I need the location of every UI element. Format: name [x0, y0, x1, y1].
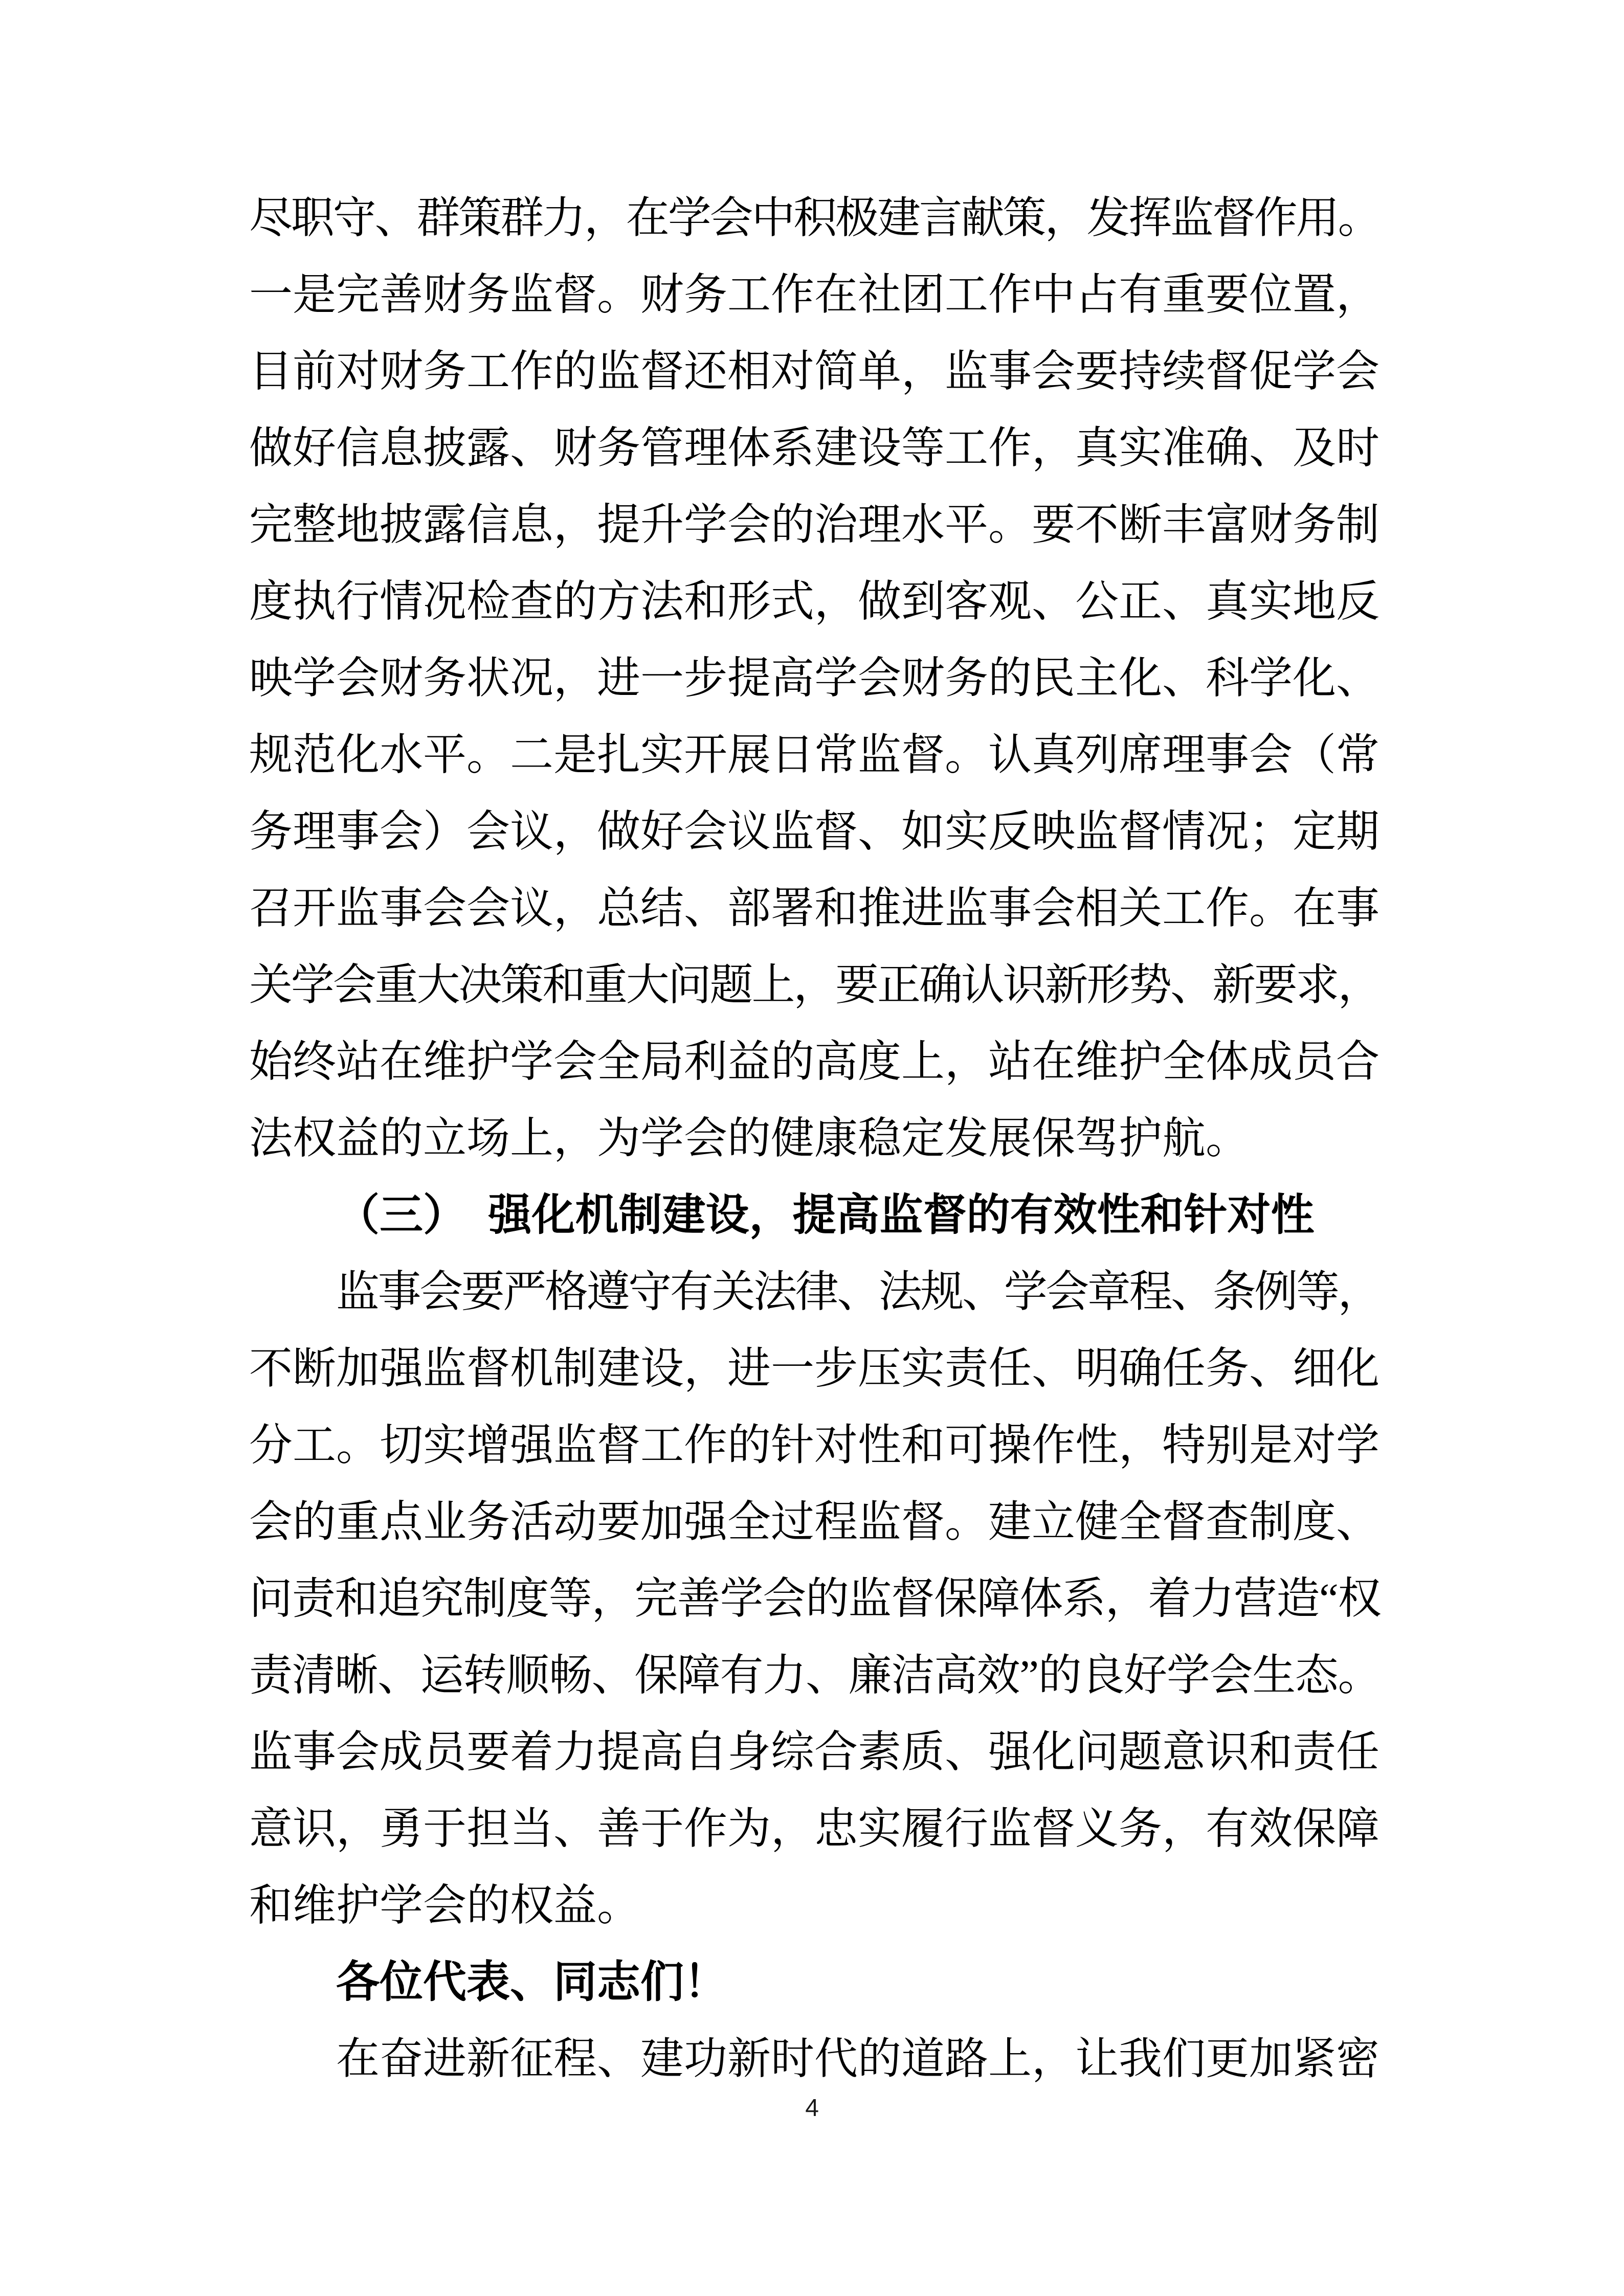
- body-text-line: 责清晰、运转顺畅、保障有力、廉洁高效”的良好学会生态。: [249, 1637, 1380, 1714]
- body-text-line: 做好信息披露、财务管理体系建设等工作，真实准确、及时: [249, 410, 1380, 487]
- body-text-line: 一是完善财务监督。财务工作在社团工作中占有重要位置，: [249, 257, 1380, 333]
- body-text-line: 在奋进新征程、建功新时代的道路上，让我们更加紧密: [249, 2021, 1380, 2098]
- body-text-line: 尽职守、群策群力，在学会中积极建言献策，发挥监督作用。: [249, 180, 1380, 257]
- body-text-line: 不断加强监督机制建设，进一步压实责任、明确任务、细化: [249, 1331, 1380, 1407]
- section-heading: （三） 强化机制建设，提高监督的有效性和针对性: [249, 1177, 1380, 1254]
- document-body: 尽职守、群策群力，在学会中积极建言献策，发挥监督作用。 一是完善财务监督。财务工…: [249, 180, 1380, 2098]
- body-text-line: 完整地披露信息，提升学会的治理水平。要不断丰富财务制: [249, 487, 1380, 564]
- body-text-line: 监事会要严格遵守有关法律、法规、学会章程、条例等，: [249, 1254, 1380, 1331]
- body-text-line: 监事会成员要着力提高自身综合素质、强化问题意识和责任: [249, 1714, 1380, 1791]
- body-text-line: 召开监事会会议，总结、部署和推进监事会相关工作。在事: [249, 870, 1380, 947]
- body-text-line: 始终站在维护学会全局利益的高度上，站在维护全体成员合: [249, 1024, 1380, 1100]
- body-text-line: 会的重点业务活动要加强全过程监督。建立健全督查制度、: [249, 1484, 1380, 1561]
- body-text-line: 目前对财务工作的监督还相对简单，监事会要持续督促学会: [249, 333, 1380, 410]
- salutation: 各位代表、同志们！: [249, 1944, 1380, 2021]
- body-text-line: 关学会重大决策和重大问题上，要正确认识新形势、新要求，: [249, 947, 1380, 1024]
- body-text-line: 度执行情况检查的方法和形式，做到客观、公正、真实地反: [249, 564, 1380, 640]
- body-text-line: 和维护学会的权益。: [249, 1867, 1380, 1944]
- document-page: 尽职守、群策群力，在学会中积极建言献策，发挥监督作用。 一是完善财务监督。财务工…: [0, 0, 1624, 2296]
- body-text-line: 务理事会）会议，做好会议监督、如实反映监督情况；定期: [249, 794, 1380, 870]
- page-number: 4: [805, 2094, 819, 2123]
- body-text-line: 意识，勇于担当、善于作为，忠实履行监督义务，有效保障: [249, 1791, 1380, 1867]
- body-text-line: 映学会财务状况，进一步提高学会财务的民主化、科学化、: [249, 640, 1380, 717]
- body-text-line: 规范化水平。二是扎实开展日常监督。认真列席理事会（常: [249, 717, 1380, 794]
- body-text-line: 分工。切实增强监督工作的针对性和可操作性，特别是对学: [249, 1407, 1380, 1484]
- body-text-line: 法权益的立场上，为学会的健康稳定发展保驾护航。: [249, 1100, 1380, 1177]
- page-footer: 4: [0, 2094, 1624, 2123]
- body-text-line: 问责和追究制度等，完善学会的监督保障体系，着力营造“权: [249, 1561, 1380, 1637]
